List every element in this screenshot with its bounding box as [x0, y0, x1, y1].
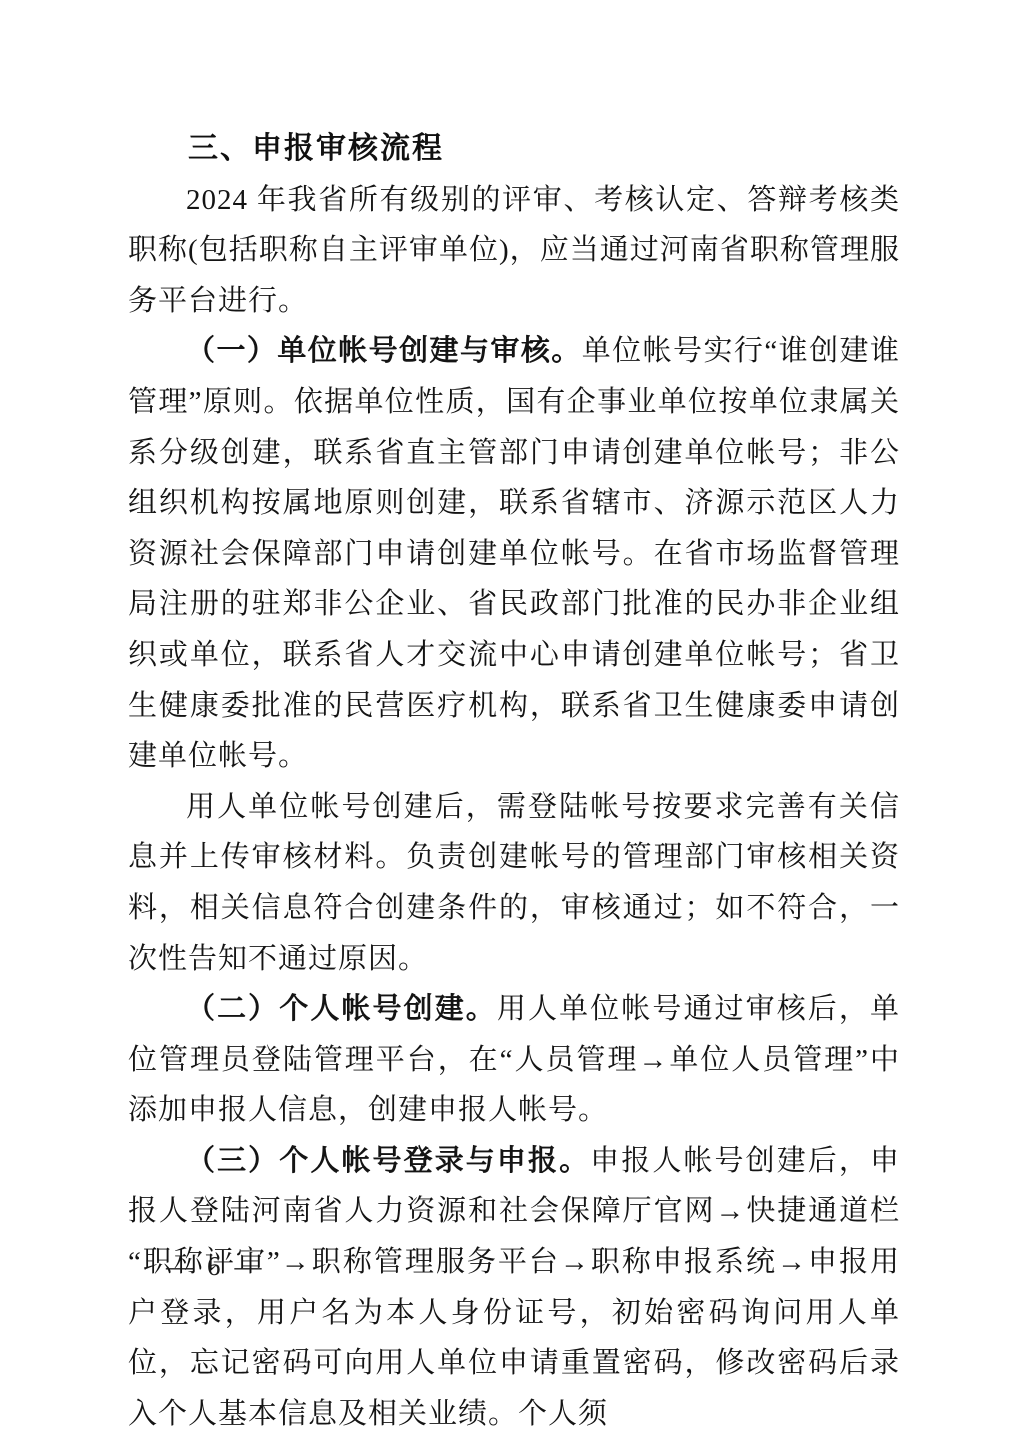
paragraph-text-run: 申报人帐号创建后，申报人登陆河南省人力资源和社会保障厅官网→快捷通道栏“职称评审… — [128, 1145, 900, 1430]
page-number-value: 6 — [207, 1246, 221, 1286]
paragraph-subheading-run: （一）单位帐号创建与审核。 — [186, 335, 582, 367]
paragraph: （一）单位帐号创建与审核。单位帐号实行“谁创建谁管理”原则。依据单位性质，国有企… — [128, 326, 900, 781]
paragraph: 用人单位帐号创建后，需登陆帐号按要求完善有关信息并上传审核材料。负责创建帐号的管… — [128, 782, 900, 984]
paragraph-text-run: 单位帐号实行“谁创建谁管理”原则。依据单位性质，国有企事业单位按单位隶属关系分级… — [128, 335, 900, 772]
section-heading: 三、申报审核流程 — [128, 124, 900, 175]
page-number: —6— — [152, 1246, 276, 1286]
paragraph-subheading-run: （三）个人帐号登录与申报。 — [186, 1145, 590, 1177]
document-page: 三、申报审核流程 2024 年我省所有级别的评审、考核认定、答辩考核类职称(包括… — [0, 0, 1024, 1448]
paragraph-text-run: 2024 年我省所有级别的评审、考核认定、答辩考核类职称(包括职称自主评审单位)… — [128, 184, 900, 317]
paragraph: 2024 年我省所有级别的评审、考核认定、答辩考核类职称(包括职称自主评审单位)… — [128, 175, 900, 327]
paragraph-text-run: 用人单位帐号创建后，需登陆帐号按要求完善有关信息并上传审核材料。负责创建帐号的管… — [128, 791, 900, 975]
paragraph: （三）个人帐号登录与申报。申报人帐号创建后，申报人登陆河南省人力资源和社会保障厅… — [128, 1136, 900, 1440]
page-number-dash-right-icon: — — [235, 1246, 262, 1286]
document-body: 三、申报审核流程 2024 年我省所有级别的评审、考核认定、答辩考核类职称(包括… — [128, 124, 900, 1439]
paragraph-subheading-run: （二）个人帐号创建。 — [186, 993, 497, 1025]
page-number-dash-left-icon: — — [166, 1246, 193, 1286]
paragraph: （二）个人帐号创建。用人单位帐号通过审核后，单位管理员登陆管理平台，在“人员管理… — [128, 984, 900, 1136]
